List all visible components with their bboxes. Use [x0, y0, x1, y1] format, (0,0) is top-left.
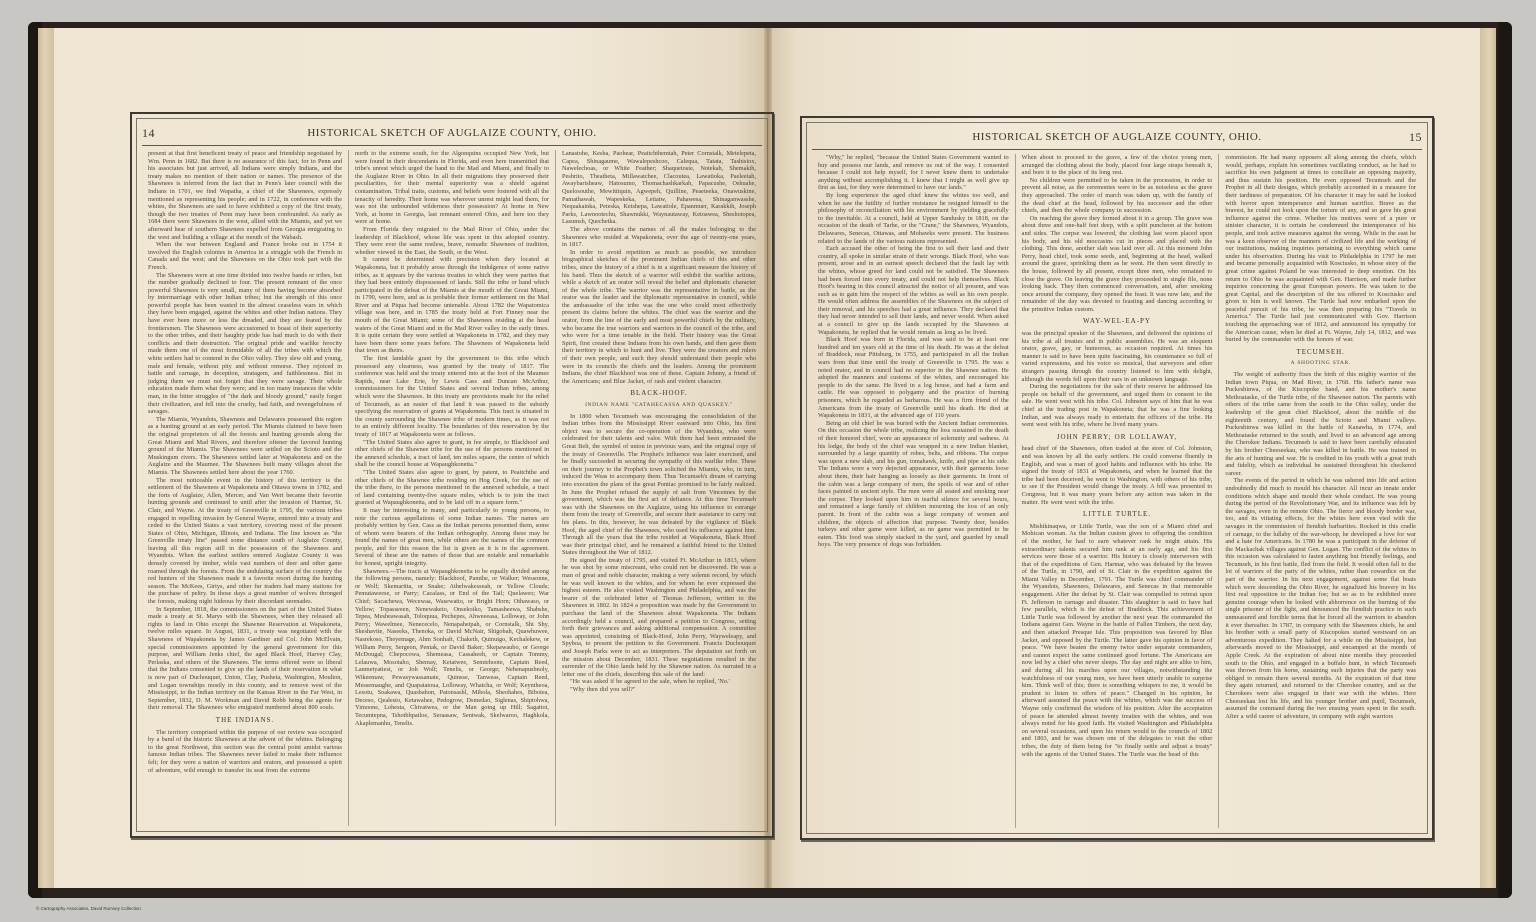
header-rule — [812, 149, 1422, 150]
paragraph: The Miamis, Wyandots, Shawnees and Delaw… — [148, 416, 342, 477]
page-number: 14 — [142, 126, 155, 141]
section-subheading: INDIAN NAME "CATAHECASSA AND QUASKEY." — [562, 402, 756, 410]
text-columns: "Why," he replied, "because the United S… — [812, 154, 1422, 828]
page-stack-left — [38, 28, 54, 888]
section-heading: LITTLE TURTLE. — [1022, 511, 1213, 519]
paragraph: was the principal speaker of the Shawnee… — [1022, 330, 1213, 383]
header-rule — [142, 145, 762, 146]
text-column: present at that first beneficent treaty … — [142, 150, 349, 826]
text-columns: present at that first beneficent treaty … — [142, 150, 762, 826]
paragraph: The first landable grant by the governme… — [355, 355, 549, 439]
section-heading: BLACK-HOOF. — [562, 390, 756, 398]
section-heading: THE INDIANS. — [148, 717, 342, 725]
running-head-left: 14 HISTORICAL SKETCH OF AUGLAIZE COUNTY,… — [142, 122, 762, 144]
left-page-text-frame: 14 HISTORICAL SKETCH OF AUGLAIZE COUNTY,… — [130, 112, 774, 838]
paragraph: head chief of the Shawnees, often traded… — [1022, 445, 1213, 506]
paragraph: On reaching the grave they formed about … — [1022, 215, 1213, 314]
section-heading: TECUMSEH. — [1225, 349, 1416, 357]
paragraph: When about to proceed to the grave, a fe… — [1022, 154, 1213, 177]
paragraph: Each accused the other of being the firs… — [818, 245, 1009, 336]
paragraph: "The United States also agree to grant, … — [355, 439, 549, 469]
running-head-title: HISTORICAL SKETCH OF AUGLAIZE COUNTY, OH… — [972, 131, 1261, 143]
paragraph: "The United States also agree to grant, … — [355, 469, 549, 507]
paragraph: Being an old chief he was buried with th… — [818, 420, 1009, 549]
paragraph: Shawnees.—The tracts at Wapaughkonetta t… — [355, 568, 549, 727]
paragraph: Black Hoof was born in Florida, and was … — [818, 336, 1009, 420]
paragraph: By long experience the aged chief knew t… — [818, 192, 1009, 245]
section-heading: JOHN PERRY; OR LOLLAWAY, — [1022, 434, 1213, 442]
paragraph: In September, 1818, the commissioners on… — [148, 606, 342, 712]
paragraph: The events of the period in which he was… — [1225, 477, 1416, 720]
paragraph: The most noticeable event in the history… — [148, 477, 342, 606]
text-column: commission. He had many opposers all alo… — [1219, 154, 1422, 828]
page-stack-right — [1480, 28, 1496, 888]
page-number: 15 — [1409, 130, 1422, 145]
paragraph: The above contains the names of all the … — [562, 226, 756, 249]
running-head-right: HISTORICAL SKETCH OF AUGLAIZE COUNTY, OH… — [812, 126, 1422, 148]
paragraph: commission. He had many opposers all alo… — [1225, 154, 1416, 344]
section-subheading: A SHOOTING STAR. — [1225, 360, 1416, 368]
section-heading: WAY-WEL-EA-PY — [1022, 318, 1213, 326]
paragraph: During the negotiations for the sale of … — [1022, 383, 1213, 429]
paragraph: "He was asked if he agreed to the sale, … — [562, 678, 756, 686]
paragraph: In order to avoid repetition as much as … — [562, 249, 756, 386]
paragraph: The territory comprised within the purpo… — [148, 729, 342, 775]
text-column: Lanastohe, Kesha, Paohear, Peaitchthemta… — [556, 150, 762, 826]
paragraph: present at that first beneficent treaty … — [148, 150, 342, 241]
text-column: "Why," he replied, "because the United S… — [812, 154, 1016, 828]
running-head-title: HISTORICAL SKETCH OF AUGLAIZE COUNTY, OH… — [307, 127, 596, 139]
right-page-text-frame: HISTORICAL SKETCH OF AUGLAIZE COUNTY, OH… — [800, 116, 1434, 840]
paragraph: From Florida they migrated to the Mad Ri… — [355, 226, 549, 256]
paragraph: north to the extreme south, for the Algo… — [355, 150, 549, 226]
paragraph: Lanastohe, Kesha, Paohear, Peaitchthemta… — [562, 150, 756, 226]
paragraph: Mishikinaqwa, or Little Turtle, was the … — [1022, 523, 1213, 758]
image-credit: © Cartography Associates, David Rumsey C… — [36, 906, 141, 911]
paragraph: When the war between England and France … — [148, 241, 342, 271]
paragraph: No children were permitted to be taken i… — [1022, 177, 1213, 215]
paragraph: "Why," he replied, "because the United S… — [818, 154, 1009, 192]
text-column: When about to proceed to the grave, a fe… — [1016, 154, 1220, 828]
paragraph: "Why then did you sell?" — [562, 686, 756, 694]
paragraph: He signed the treaty of 1795, and visite… — [562, 557, 756, 679]
paragraph: The Shawnees were at one time divided in… — [148, 272, 342, 416]
paragraph: It cannot be determined with precision w… — [355, 256, 549, 355]
paragraph: It may be interesting to many, and parti… — [355, 507, 549, 568]
text-column: north to the extreme south, for the Algo… — [349, 150, 556, 826]
paragraph: The weight of authority fixes the birth … — [1225, 371, 1416, 477]
cover-spine-edge-right — [1498, 22, 1512, 898]
paragraph: In 1800 when Tecumseh was encouraging th… — [562, 413, 756, 557]
